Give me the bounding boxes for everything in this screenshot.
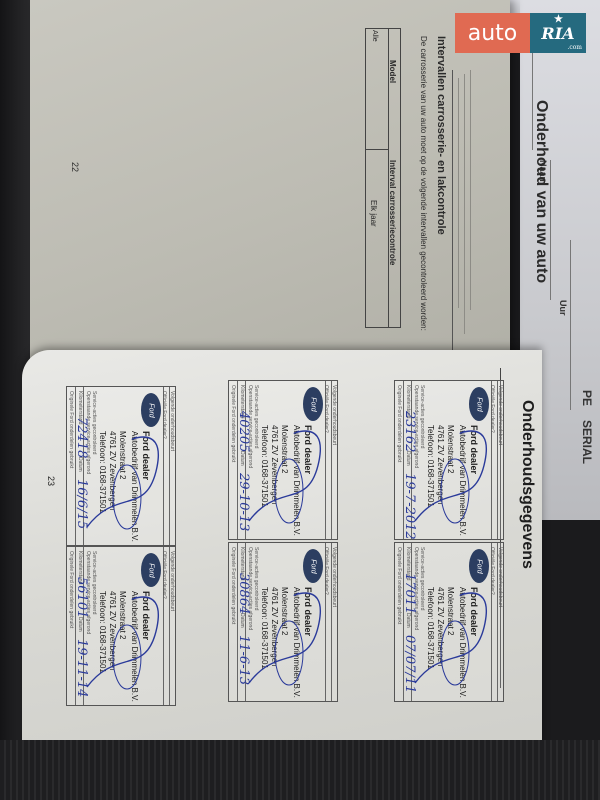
dealer-name: Autobedrijf van Drimmelen B.V. [292,425,301,536]
card-label: Datum [77,457,83,472]
handwritten-mileage: 56101 [74,577,89,618]
dealer-label: Ford dealer [469,425,479,474]
table-header-model: Model [388,60,397,83]
watermark-suffix: .com [567,44,582,51]
service-entry-card: Ford Volgende onderhoudsbeurt Officiële … [66,546,176,706]
page-title: Onderhoud van uw auto [532,100,550,283]
dealer-street: Molenstraat 2 [280,425,289,473]
dealer-label: Ford dealer [469,587,479,636]
card-label: Service-acties gecontroleerd [419,385,425,448]
dealer-phone: Telefoon: 0168-371501 [98,591,107,673]
dealer-street: Molenstraat 2 [446,425,455,473]
ford-logo-icon: Ford [469,387,489,421]
dealer-phone: Telefoon: 0168-371501 [260,425,269,507]
dealer-city: 4761 ZV Zevenbergen [436,425,445,505]
watermark-ria: ★ RIA .com [530,13,586,53]
seat-fabric [0,740,600,800]
ford-logo-icon: Ford [141,393,161,427]
table-cell-model: Alle [371,30,378,42]
card-label: Officiële Ford dealer? [161,391,167,439]
dealer-city: 4761 ZV Zevenbergen [108,431,117,511]
handwritten-date: 19-11-14 [74,639,89,697]
table-cell-interval: Elk jaar [369,200,378,227]
ford-logo-icon: Ford [141,553,161,587]
card-label: Service-acties gecontroleerd [253,385,259,448]
handwritten-date: 11-6-13 [236,635,251,685]
service-entry-card: Ford Volgende onderhoudsbeurt Officiële … [66,386,176,546]
ford-logo-icon: Ford [469,549,489,583]
dealer-city: 4761 ZV Zevenbergen [270,425,279,505]
service-entry-card: Ford Volgende onderhoudsbeurt Officiële … [394,542,504,702]
card-label: Officiële Ford dealer? [323,385,329,433]
dealer-name: Autobedrijf van Drimmelen B.V. [130,591,139,702]
card-label: Volgende onderhoudsbeurt [497,385,503,445]
dealer-label: Ford dealer [141,431,151,480]
handwritten-date: 29-10-13 [236,473,251,531]
dealer-city: 4761 ZV Zevenbergen [108,591,117,671]
section-heading: Intervallen carrosserie- en lakcontrole [435,36,447,235]
handwritten-date: 07/07/11 [402,635,417,693]
dealer-name: Autobedrijf van Drimmelen B.V. [292,587,301,698]
dealer-city: 4761 ZV Zevenbergen [436,587,445,667]
handwritten-mileage: 40205 [236,411,251,452]
dealer-phone: Telefoon: 0168-371501 [260,587,269,669]
dealer-name: Autobedrijf van Drimmelen B.V. [458,587,467,698]
ford-logo-icon: Ford [303,549,323,583]
handwritten-mileage: 23162 [402,411,417,452]
dealer-label: Ford dealer [141,591,151,640]
card-label: Datum [405,613,411,628]
dealer-street: Molenstraat 2 [118,431,127,479]
background-paper-label: Uur [558,300,568,316]
dealer-label: Ford dealer [303,587,313,636]
handwritten-date: 16/6/15 [74,479,89,529]
handwritten-mileage: 72418 [74,417,89,458]
card-label: Officiële Ford dealer? [489,547,495,595]
paragraph-text-line [458,78,459,308]
dealer-name: Autobedrijf van Drimmelen B.V. [458,425,467,536]
background-paper-label: SERIAL [580,420,594,464]
card-label: Officiële Ford dealer? [323,547,329,595]
dealer-name: Autobedrijf van Drimmelen B.V. [130,431,139,542]
service-entry-card: Ford Volgende onderhoudsbeurt Officiële … [228,542,338,702]
dealer-phone: Telefoon: 0168-371501 [426,587,435,669]
paragraph-text-line [470,70,471,310]
dealer-street: Molenstraat 2 [280,587,289,635]
page-number: 22 [70,162,80,172]
dealer-street: Molenstraat 2 [446,587,455,635]
card-label: Datum [239,613,245,628]
ford-logo-icon: Ford [303,387,323,421]
autoria-watermark: auto ★ RIA .com [455,13,586,53]
card-label: Volgende onderhoudsbeurt [169,391,175,451]
handwritten-date: 19-7-2012 [402,473,417,540]
card-label: Datum [77,617,83,632]
booklet-page-22: Onderhoud van uw auto Intervallen carros… [30,0,510,360]
table-header-interval: Interval carrosseriecontrole [388,160,397,265]
handwritten-mileage: 30864 [236,573,251,614]
watermark-ria-text: RIA [541,24,574,43]
title-rule [452,70,453,350]
dealer-street: Molenstraat 2 [118,591,127,639]
section-intro: De carrosserie van uw auto moet op de vo… [419,36,428,331]
background-paper-label: PE [580,390,594,406]
card-label: Officiële Ford dealer? [489,385,495,433]
watermark-auto: auto [455,13,530,53]
service-entry-card: Ford Volgende onderhoudsbeurt Officiële … [228,380,338,540]
dealer-label: Ford dealer [303,425,313,474]
card-label: Service-acties gecontroleerd [253,547,259,610]
card-label: Datum [405,451,411,466]
page-title: Onderhoudsgegevens [518,400,536,569]
star-icon: ★ [554,14,563,25]
paragraph-text-line [464,74,465,334]
card-label: Volgende onderhoudsbeurt [169,551,175,611]
card-label: Officiële Ford dealer? [161,551,167,599]
dealer-city: 4761 ZV Zevenbergen [270,587,279,667]
card-label: Volgende onderhoudsbeurt [497,547,503,607]
dealer-phone: Telefoon: 0168-371501 [426,425,435,507]
card-label: Service-acties gecontroleerd [91,551,97,614]
handwritten-mileage: 17011 [402,573,417,614]
card-label: Datum [239,451,245,466]
dealer-phone: Telefoon: 0168-371501 [98,431,107,513]
booklet-page-23: Onderhoudsgegevens 23 Ford Volgende onde… [22,350,542,755]
card-label: Service-acties gecontroleerd [91,391,97,454]
card-label: Volgende onderhoudsbeurt [331,547,337,607]
page-number: 23 [46,476,56,486]
card-label: Service-acties gecontroleerd [419,547,425,610]
service-entry-card: Ford Volgende onderhoudsbeurt Officiële … [394,380,504,540]
card-label: Volgende onderhoudsbeurt [331,385,337,445]
